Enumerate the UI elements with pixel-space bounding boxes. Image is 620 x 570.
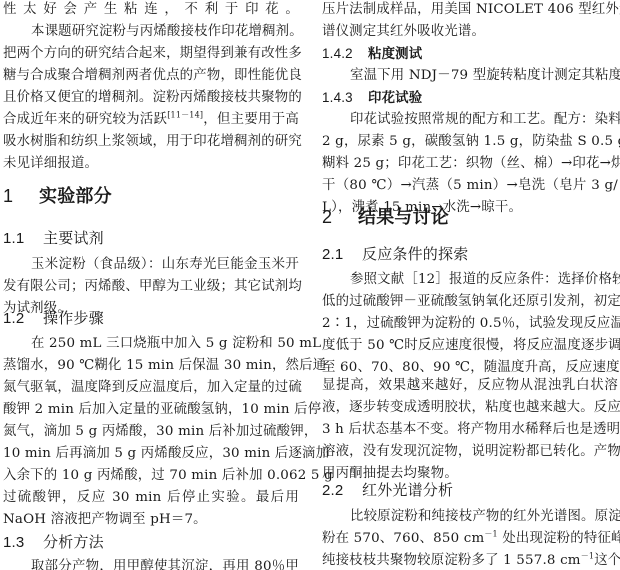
paragraph-line-with-superscript: 纯接枝枝共聚物较原淀粉多了 1 557.8 cm－1这个 xyxy=(322,550,618,570)
paragraph-line: 参照文献［12］报道的反应条件：选择价格较 xyxy=(322,269,618,291)
section-title: 结果与讨论 xyxy=(358,207,449,228)
paragraph-line: 酸钾 2 min 后加入定量的亚硫酸氢钠，10 min 后停 xyxy=(3,399,299,421)
paragraph-line: 3 h 后状态基本不变。将产物用水稀释后也是透明 xyxy=(322,419,618,441)
superscript: －1 xyxy=(581,552,595,561)
text: 纯接枝枝共聚物较原淀粉多了 1 557.8 cm xyxy=(322,553,581,568)
section-title: 主要试剂 xyxy=(43,229,104,247)
text: ，但主要用于高 xyxy=(203,112,299,127)
paragraph-line: 发有限公司；丙烯酸、甲醇为工业级；其它试剂均 xyxy=(3,276,299,298)
section-number: 1 xyxy=(3,182,39,210)
paragraph-line: 蒸馏水，90 ℃糊化 15 min 后保温 30 min，然后通 xyxy=(3,355,299,377)
paragraph-line: 在 250 mL 三口烧瓶中加入 5 g 淀粉和 50 mL xyxy=(3,333,299,355)
paragraph-line: 过硫酸钾，反应 30 min 后停止实验。最后用 xyxy=(3,487,299,509)
paragraph-line: 糖与合成聚合增稠剂两者优点的产物，即性能优良 xyxy=(3,65,299,87)
subsection-heading-2-1: 2.1反应条件的探索 xyxy=(322,242,618,266)
paragraph-line: 本课题研究淀粉与丙烯酸接枝作印花增稠剂。 xyxy=(3,21,299,43)
paragraph-line-with-citation: 合成近年来的研究较为活跃[11－14]，但主要用于高 xyxy=(3,109,299,131)
citation[interactable]: [11－14] xyxy=(167,111,203,120)
paragraph-line: 溶液，没有发现沉淀物，说明淀粉都已转化。产物 xyxy=(322,441,618,463)
paragraph-line: 室温下用 NDJ－79 型旋转粘度计测定其粘度。 xyxy=(322,65,618,87)
paragraph-line: 压片法制成样品，用美国 NICOLET 406 型红外光 xyxy=(322,0,618,21)
subsection-heading-1-3: 1.3分析方法 xyxy=(3,530,299,554)
section-title: 印花试验 xyxy=(368,90,422,106)
section-heading-2: 2结果与讨论 xyxy=(322,203,618,231)
superscript: －1 xyxy=(484,530,498,539)
subsection-heading-2-2: 2.2红外光谱分析 xyxy=(322,478,618,502)
paragraph-line: 玉米淀粉（食品级）：山东寿光巨能金玉米开 xyxy=(3,254,299,276)
paragraph-line: 吸水树脂和纺织上浆领域，用于印花增稠剂的研究 xyxy=(3,131,299,153)
paragraph-line: 干（80 ℃）→汽蒸（5 min）→皂洗（皂片 3 g/ xyxy=(322,175,618,197)
section-title: 粘度测试 xyxy=(368,46,422,62)
paragraph-line: 把两个方向的研究结合起来，期望得到兼有改性多 xyxy=(3,43,299,65)
paragraph-line: 液，逐步转变成透明胶状，粘度也越来越大。反应 xyxy=(322,397,618,419)
subsection-heading-1-2: 1.2操作步骤 xyxy=(3,306,299,330)
paragraph-line: 比较原淀粉和纯接枝产物的红外光谱图。原淀 xyxy=(322,506,618,528)
section-title: 红外光谱分析 xyxy=(362,481,453,499)
section-number: 1.2 xyxy=(3,307,43,331)
text: 这个 xyxy=(594,553,620,568)
paragraph-line: 2∶1，过硫酸钾为淀粉的 0.5％，试验发现反应温 xyxy=(322,313,618,335)
section-number: 1.3 xyxy=(3,531,43,555)
paragraph-line: 糊料 25 g；印花工艺：织物（丝、棉）→印花→烘 xyxy=(322,153,618,175)
paragraph-line: NaOH 溶液把产物调至 pH＝7。 xyxy=(3,509,299,531)
section-title: 反应条件的探索 xyxy=(362,245,468,263)
section-title: 分析方法 xyxy=(43,533,104,551)
text: 粉在 570、760、850 cm xyxy=(322,531,484,546)
section-title: 操作步骤 xyxy=(43,309,104,327)
section-number: 2 xyxy=(322,203,358,231)
paragraph-line: 2 g，尿素 5 g，碳酸氢钠 1.5 g，防染盐 S 0.5 g， xyxy=(322,131,618,153)
section-number: 1.4.3 xyxy=(322,87,368,109)
subsection-heading-1-4-2: 1.4.2粘度测试 xyxy=(322,43,618,65)
paragraph-line: 取部分产物，用甲醇使其沉淀，再用 80％甲 xyxy=(3,556,299,570)
paragraph-line-with-superscript: 粉在 570、760、850 cm－1 处出现淀粉的特征峰。 xyxy=(322,528,618,550)
paragraph-line: 氮气驱氧，温度降到反应温度后，加入定量的过硫 xyxy=(3,377,299,399)
section-number: 1.1 xyxy=(3,227,43,251)
paragraph-line: 且价格又便宜的增稠剂。淀粉丙烯酸接枝共聚物的 xyxy=(3,87,299,109)
paragraph-line: 度低于 50 ℃时反应速度很慢，将反应温度逐步调 xyxy=(322,335,618,357)
paragraph-line: 显提高，效果越来越好，反应物从混浊乳白状溶 xyxy=(322,375,618,397)
paragraph-line: 氮气，滴加 5 g 丙烯酸，30 min 后补加过硫酸钾， xyxy=(3,421,299,443)
section-number: 2.1 xyxy=(322,243,362,267)
text: 合成近年来的研究较为活跃 xyxy=(3,112,167,127)
paragraph-line: 谱仪测定其红外吸收光谱。 xyxy=(322,21,618,43)
section-heading-1: 1实验部分 xyxy=(3,182,299,210)
subsection-heading-1-1: 1.1主要试剂 xyxy=(3,226,299,250)
section-number: 2.2 xyxy=(322,479,362,503)
paragraph-line: 印花试验按照常规的配方和工艺。配方：染料 xyxy=(322,109,618,131)
paragraph-line: 入余下的 10 g 丙烯酸，过 70 min 后补加 0.062 5 g xyxy=(3,465,299,487)
text: 处出现淀粉的特征峰。 xyxy=(498,531,620,546)
section-title: 实验部分 xyxy=(39,186,112,207)
section-number: 1.4.2 xyxy=(322,43,368,65)
subsection-heading-1-4-3: 1.4.3印花试验 xyxy=(322,87,618,109)
paragraph-line: 未见详细报道。 xyxy=(3,153,299,175)
paragraph-line: 性太好会产生粘连，不利于印花。 xyxy=(3,0,299,21)
paragraph-line: 低的过硫酸钾－亚硫酸氢钠氧化还原引发剂，初定 xyxy=(322,291,618,313)
paragraph-line: 10 min 后再滴加 5 g 丙烯酸反应，30 min 后逐滴加 xyxy=(3,443,299,465)
